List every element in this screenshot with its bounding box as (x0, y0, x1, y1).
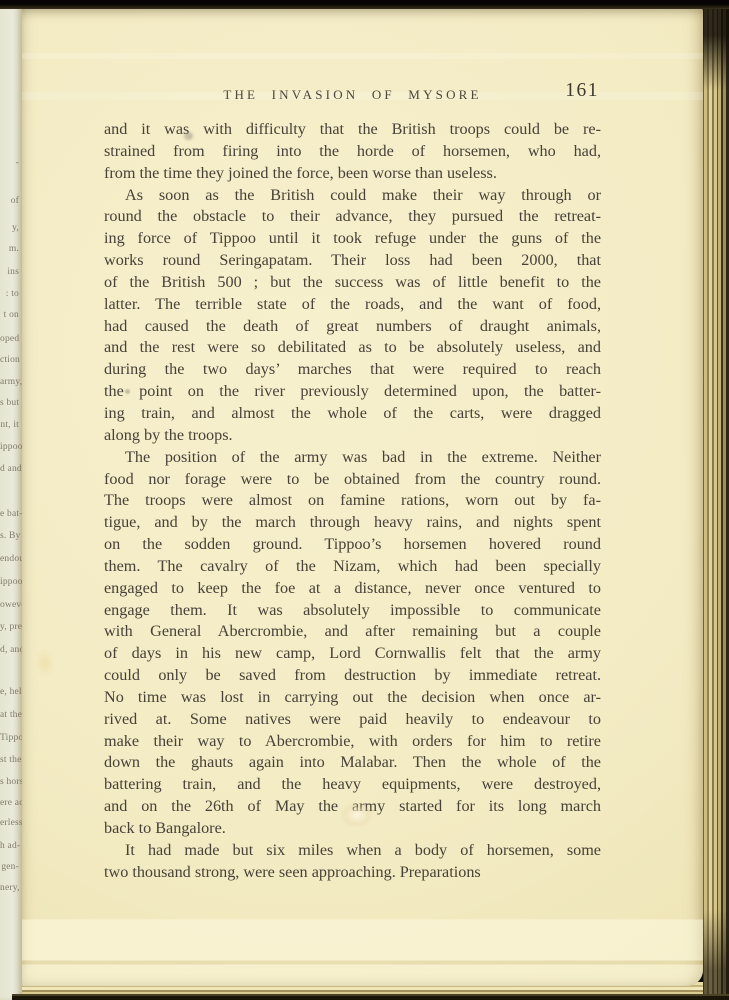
text-line: the point on the river previously determ… (104, 381, 601, 403)
text-line: and on the 26th of May the army started … (104, 796, 601, 818)
facing-page-fragment: s horse (0, 777, 19, 787)
page-stack-right-edge (703, 0, 729, 1000)
facing-page-fragment: ippoo (0, 442, 19, 452)
text-line: rived at. Some natives were paid heavily… (104, 709, 601, 731)
text-line: engaged to keep the foe at a distance, n… (104, 578, 601, 600)
text-line: battering train, and the heavy equipment… (104, 774, 601, 796)
facing-page-fragment: gen- (0, 862, 19, 872)
facing-page-fragment: : to (0, 289, 19, 299)
book-bottom-shadow (12, 994, 729, 1000)
text-line: two thousand strong, were seen approachi… (104, 862, 601, 884)
facing-page-fragment: ippoo’s (0, 577, 19, 587)
text-line: ing force of Tippoo until it took refuge… (104, 228, 601, 250)
text-line: with General Abercrombie, and after rema… (104, 621, 601, 643)
facing-page-fragment: ere ad- (0, 798, 19, 808)
text-line: could only be saved from destruction by … (104, 665, 601, 687)
text-line: from the time they joined the force, bee… (104, 163, 601, 185)
facing-page-fragment: Tippoo (0, 733, 19, 743)
text-line: and the rest were so debilitated as to b… (104, 337, 601, 359)
facing-page-fragment: s but (0, 398, 19, 408)
text-line: ing train, and almost the whole of the c… (104, 403, 601, 425)
text-line: them. The cavalry of the Nizam, which ha… (104, 556, 601, 578)
facing-page-fragment: st the (0, 755, 19, 765)
text-line: down the ghauts again into Malabar. Then… (104, 752, 601, 774)
text-line: and it was with difficulty that the Brit… (104, 119, 601, 141)
facing-page-fragment: t on (0, 310, 19, 320)
text-line: As soon as the British could make their … (104, 185, 601, 207)
text-line: The troops were almost on famine rations… (104, 490, 601, 512)
text-line: during the two days’ marches that were r… (104, 359, 601, 381)
facing-page-edge: -ofy,m.ins: tot onopedctionarmy,s butnt,… (0, 6, 22, 1000)
text-line: of days in his new camp, Lord Cornwallis… (104, 643, 601, 665)
text-line: round the obstacle to their advance, the… (104, 206, 601, 228)
facing-page-fragment: army, (0, 377, 19, 387)
facing-page-fragment: s. By (0, 531, 19, 541)
facing-page-fragment: oped (0, 334, 19, 344)
book-page: THE INVASION OF MYSORE 161 and it was wi… (22, 8, 703, 986)
text-line: No time was lost in carrying out the dec… (104, 687, 601, 709)
facing-page-fragment: of (0, 196, 19, 206)
text-line: food nor forage were to be obtained from… (104, 469, 601, 491)
facing-page-fragment: y, (0, 223, 19, 233)
text-line: It had made but six miles when a body of… (104, 840, 601, 862)
running-header-title: THE INVASION OF MYSORE (104, 87, 601, 103)
text-line: back to Bangalore. (104, 818, 601, 840)
book-top-shadow (0, 0, 729, 9)
text-line: tigue, and by the march through heavy ra… (104, 512, 601, 534)
text-line: of the British 500 ; but the success was… (104, 272, 601, 294)
facing-page-fragment: ction (0, 355, 19, 365)
facing-page-fragment: h ad- (0, 841, 19, 851)
facing-page-fragment: erless (0, 818, 19, 828)
text-line: The position of the army was bad in the … (104, 447, 601, 469)
text-line: along by the troops. (104, 425, 601, 447)
facing-page-fragment: nery, (0, 883, 19, 893)
text-line: had caused the death of great numbers of… (104, 316, 601, 338)
text-line: works round Seringapatam. Their loss had… (104, 250, 601, 272)
facing-page-fragment: d, and (0, 645, 19, 655)
page-number: 161 (565, 80, 599, 102)
paper-discoloration (36, 650, 54, 676)
text-block: and it was with difficulty that the Brit… (104, 119, 601, 884)
facing-page-fragment: at the (0, 710, 19, 720)
facing-page-fragment: m. (0, 244, 19, 254)
facing-page-fragment: e bat- (0, 509, 19, 519)
facing-page-fragment: owever, (0, 600, 19, 610)
running-header: THE INVASION OF MYSORE 161 (104, 84, 601, 110)
facing-page-fragment: endous (0, 554, 19, 564)
facing-page-fragment: y, pre- (0, 622, 19, 632)
text-line: strained from firing into the horde of h… (104, 141, 601, 163)
facing-page-fragment: ins (0, 267, 19, 277)
book-scan: -ofy,m.ins: tot onopedctionarmy,s butnt,… (0, 0, 729, 1000)
facing-page-fragment: - (0, 158, 19, 168)
facing-page-fragment: nt, it (0, 420, 19, 430)
text-line: on the sodden ground. Tippoo’s horsemen … (104, 534, 601, 556)
text-line: latter. The terrible state of the roads,… (104, 294, 601, 316)
facing-page-fragment: d and (0, 464, 19, 474)
text-line: make their way to Abercrombie, with orde… (104, 731, 601, 753)
text-line: engage them. It was absolutely impossibl… (104, 600, 601, 622)
facing-page-fragment: e, held (0, 687, 19, 697)
